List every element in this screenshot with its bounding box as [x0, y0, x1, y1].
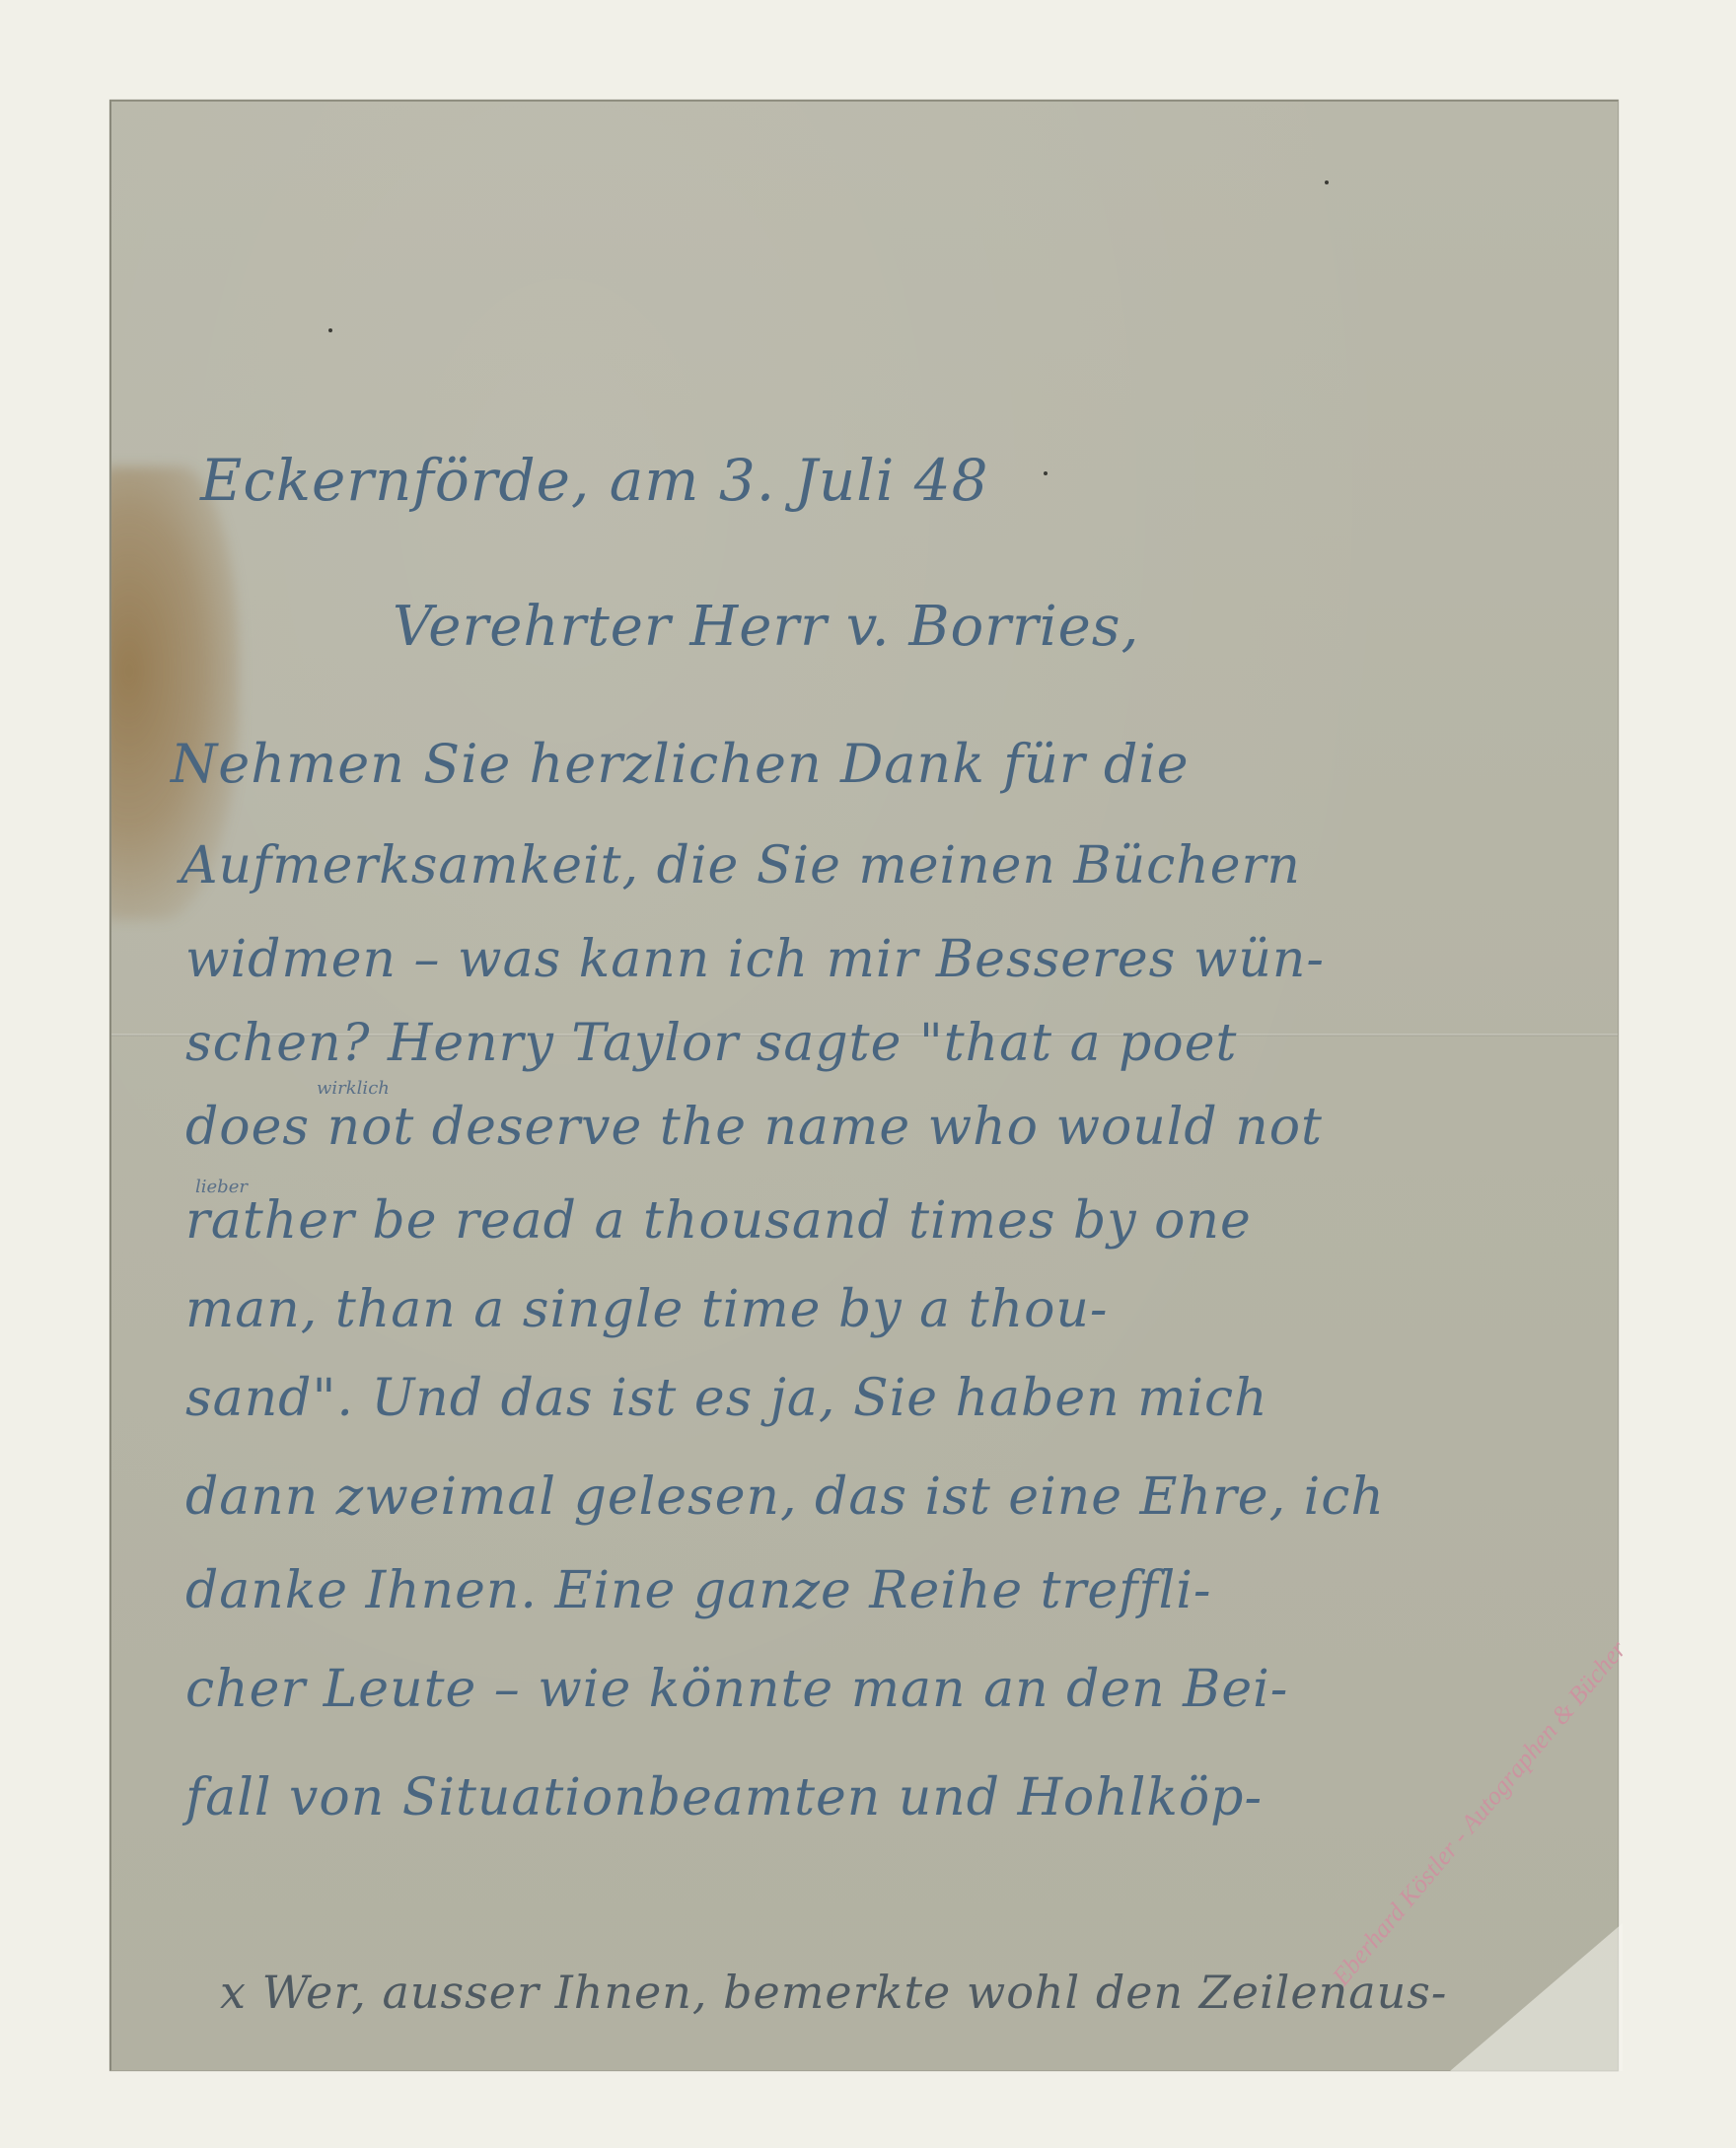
body-line-6: rather be read a thousand times by one: [185, 1191, 1252, 1251]
body-line-12: fall von Situationbeamten und Hohlköp-: [185, 1768, 1263, 1827]
ink-speck: [1325, 180, 1329, 184]
ink-speck: [328, 328, 332, 332]
body-line-7: man, than a single time by a thou-: [185, 1280, 1108, 1339]
body-line-10: danke Ihnen. Eine ganze Reihe treffli-: [185, 1561, 1212, 1620]
body-line-5: does not deserve the name who would not: [185, 1098, 1323, 1157]
interlinear-annotation: wirklich: [317, 1078, 390, 1099]
body-line-3: widmen – was kann ich mir Besseres wün-: [185, 930, 1325, 989]
letter-paper: Eckernförde, am 3. Juli 48 Verehrter Her…: [109, 100, 1619, 2071]
body-line-1: Nehmen Sie herzlichen Dank für die: [171, 733, 1190, 795]
ink-speck: [1044, 471, 1048, 475]
body-line-9: dann zweimal gelesen, das ist eine Ehre,…: [185, 1468, 1385, 1527]
body-line-11: cher Leute – wie könnte man an den Bei-: [185, 1660, 1288, 1719]
footnote-line: x Wer, ausser Ihnen, bemerkte wohl den Z…: [220, 1966, 1447, 2019]
body-line-8: sand". Und das ist es ja, Sie haben mich: [185, 1369, 1268, 1428]
body-line-4: schen? Henry Taylor sagte "that a poet: [185, 1014, 1237, 1073]
place-date-line: Eckernförde, am 3. Juli 48: [200, 447, 989, 514]
salutation-line: Verehrter Herr v. Borries,: [393, 595, 1139, 659]
body-line-2: Aufmerksamkeit, die Sie meinen Büchern: [181, 836, 1301, 895]
